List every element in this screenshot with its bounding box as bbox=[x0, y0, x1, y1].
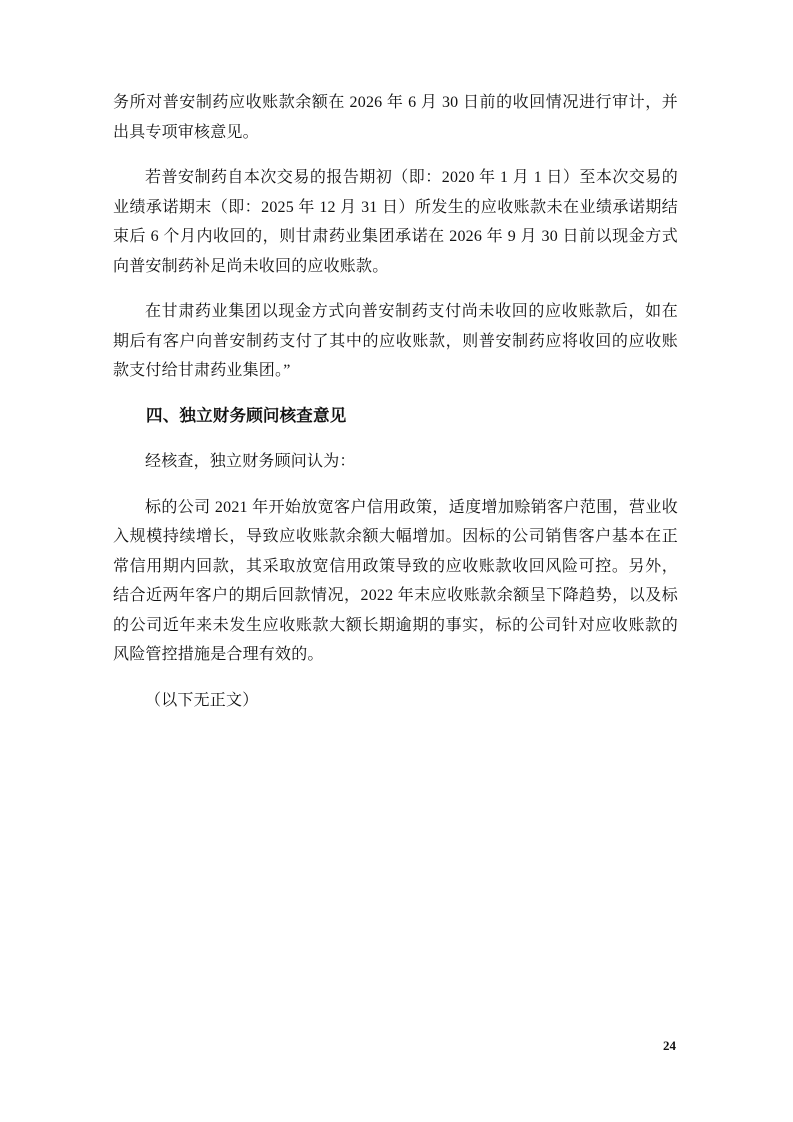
document-page: 务所对普安制药应收账款余额在 2026 年 6 月 30 日前的收回情况进行审计… bbox=[0, 0, 793, 1122]
section-heading: 四、独立财务顾问核查意见 bbox=[113, 402, 678, 432]
document-content: 务所对普安制药应收账款余额在 2026 年 6 月 30 日前的收回情况进行审计… bbox=[113, 88, 678, 731]
paragraph: 经核查，独立财务顾问认为： bbox=[113, 447, 678, 477]
paragraph-closing-note: （以下无正文） bbox=[113, 686, 678, 716]
paragraph: 在甘肃药业集团以现金方式向普安制药支付尚未收回的应收账款后，如在期后有客户向普安… bbox=[113, 297, 678, 386]
paragraph-continuation: 务所对普安制药应收账款余额在 2026 年 6 月 30 日前的收回情况进行审计… bbox=[113, 88, 678, 147]
paragraph: 若普安制药自本次交易的报告期初（即：2020 年 1 月 1 日）至本次交易的业… bbox=[113, 163, 678, 281]
page-number: 24 bbox=[663, 1038, 676, 1054]
paragraph: 标的公司 2021 年开始放宽客户信用政策，适度增加赊销客户范围，营业收入规模持… bbox=[113, 493, 678, 670]
